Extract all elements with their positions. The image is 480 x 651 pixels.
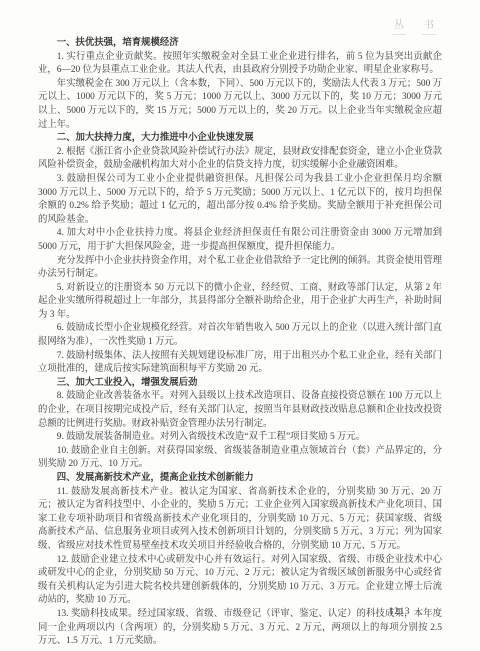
section-heading: 三、加大工业投入，增强发展后劲 [38,377,442,391]
body-paragraph: 6. 鼓励成长型小企业规模化经营。对首次年销售收入 500 万元以上的企业（以进… [38,322,442,349]
body-paragraph: 12. 鼓励企业建立技术中心或研发中心并有效运行。对列入国家级、省级、市级企业技… [38,554,442,608]
body-paragraph: 2. 根据《浙江省小企业贷款风险补偿试行办法》规定，县财政安排配套资金，建立小企… [38,146,442,173]
document-body: 一、扶优扶强，培育规模经济1. 实行重点企业贡献奖。按照年实缴税金对全县工业企业… [38,37,442,649]
body-paragraph: 5. 对新设立的注册资本 50 万元以下的微小企业，经经贸、工商、财政等部门认定… [38,282,442,323]
body-paragraph: 9. 鼓励发展装备制造业。对列入省级技术改造“双千工程”项目奖励 5 万元。 [38,431,442,445]
running-head-char-left: 丛 [392,20,406,35]
section-heading: 四、发展高新技术产业，提高企业技术创新能力 [38,472,442,486]
running-head-char-right: 书 [422,20,436,35]
section-heading: 二、加大扶持力度，大力推进中小企业快速发展 [38,132,442,146]
body-paragraph: 10. 鼓励企业自主创新。对获得国家级、省级装备制造业重点领域首台（套）产品界定… [38,445,442,472]
body-paragraph: 3. 鼓励担保公司为工业小企业提供融资担保。凡担保公司为我县工业小企业担保月均余… [38,173,442,227]
running-head: 丛书 [392,20,436,35]
body-paragraph: 4. 加大对中小企业扶持力度。将县企业经济担保责任有限公司注册资金由 3000 … [38,227,442,254]
section-heading: 一、扶优扶强，培育规模经济 [38,37,442,51]
body-paragraph: 8. 鼓励企业改善装备水平。对列入县级以上技术改造项目、设备直接投资总额在 10… [38,390,442,431]
body-paragraph: 13. 奖励科技成果。经过国家级、省级、市级登记（评审、鉴定、认定）的科技成果，… [38,608,442,649]
body-paragraph: 11. 鼓励发展高新技术产业。被认定为国家、省高新技术企业的，分别奖励 30 万… [38,486,442,554]
page-number: 1213 [389,607,410,617]
body-paragraph: 1. 实行重点企业贡献奖。按照年实缴税金对全县工业企业进行排名，前 5 位为县突… [38,51,442,78]
body-paragraph: 年实缴税金在 300 万元以上（含本数，下同）、500 万元以下的，奖励法人代表… [38,78,442,132]
document-page: 丛书 一、扶优扶强，培育规模经济1. 实行重点企业贡献奖。按照年实缴税金对全县工… [0,0,480,651]
body-paragraph: 7. 鼓励村级集体、法人按照有关规划建设标准厂房，用于出租兴办个私工业企业，经有… [38,350,442,377]
body-paragraph: 充分发挥中小企业扶持资金作用，对个私工业企业借款给予一定比例的倾斜。其资金使用管… [38,255,442,282]
